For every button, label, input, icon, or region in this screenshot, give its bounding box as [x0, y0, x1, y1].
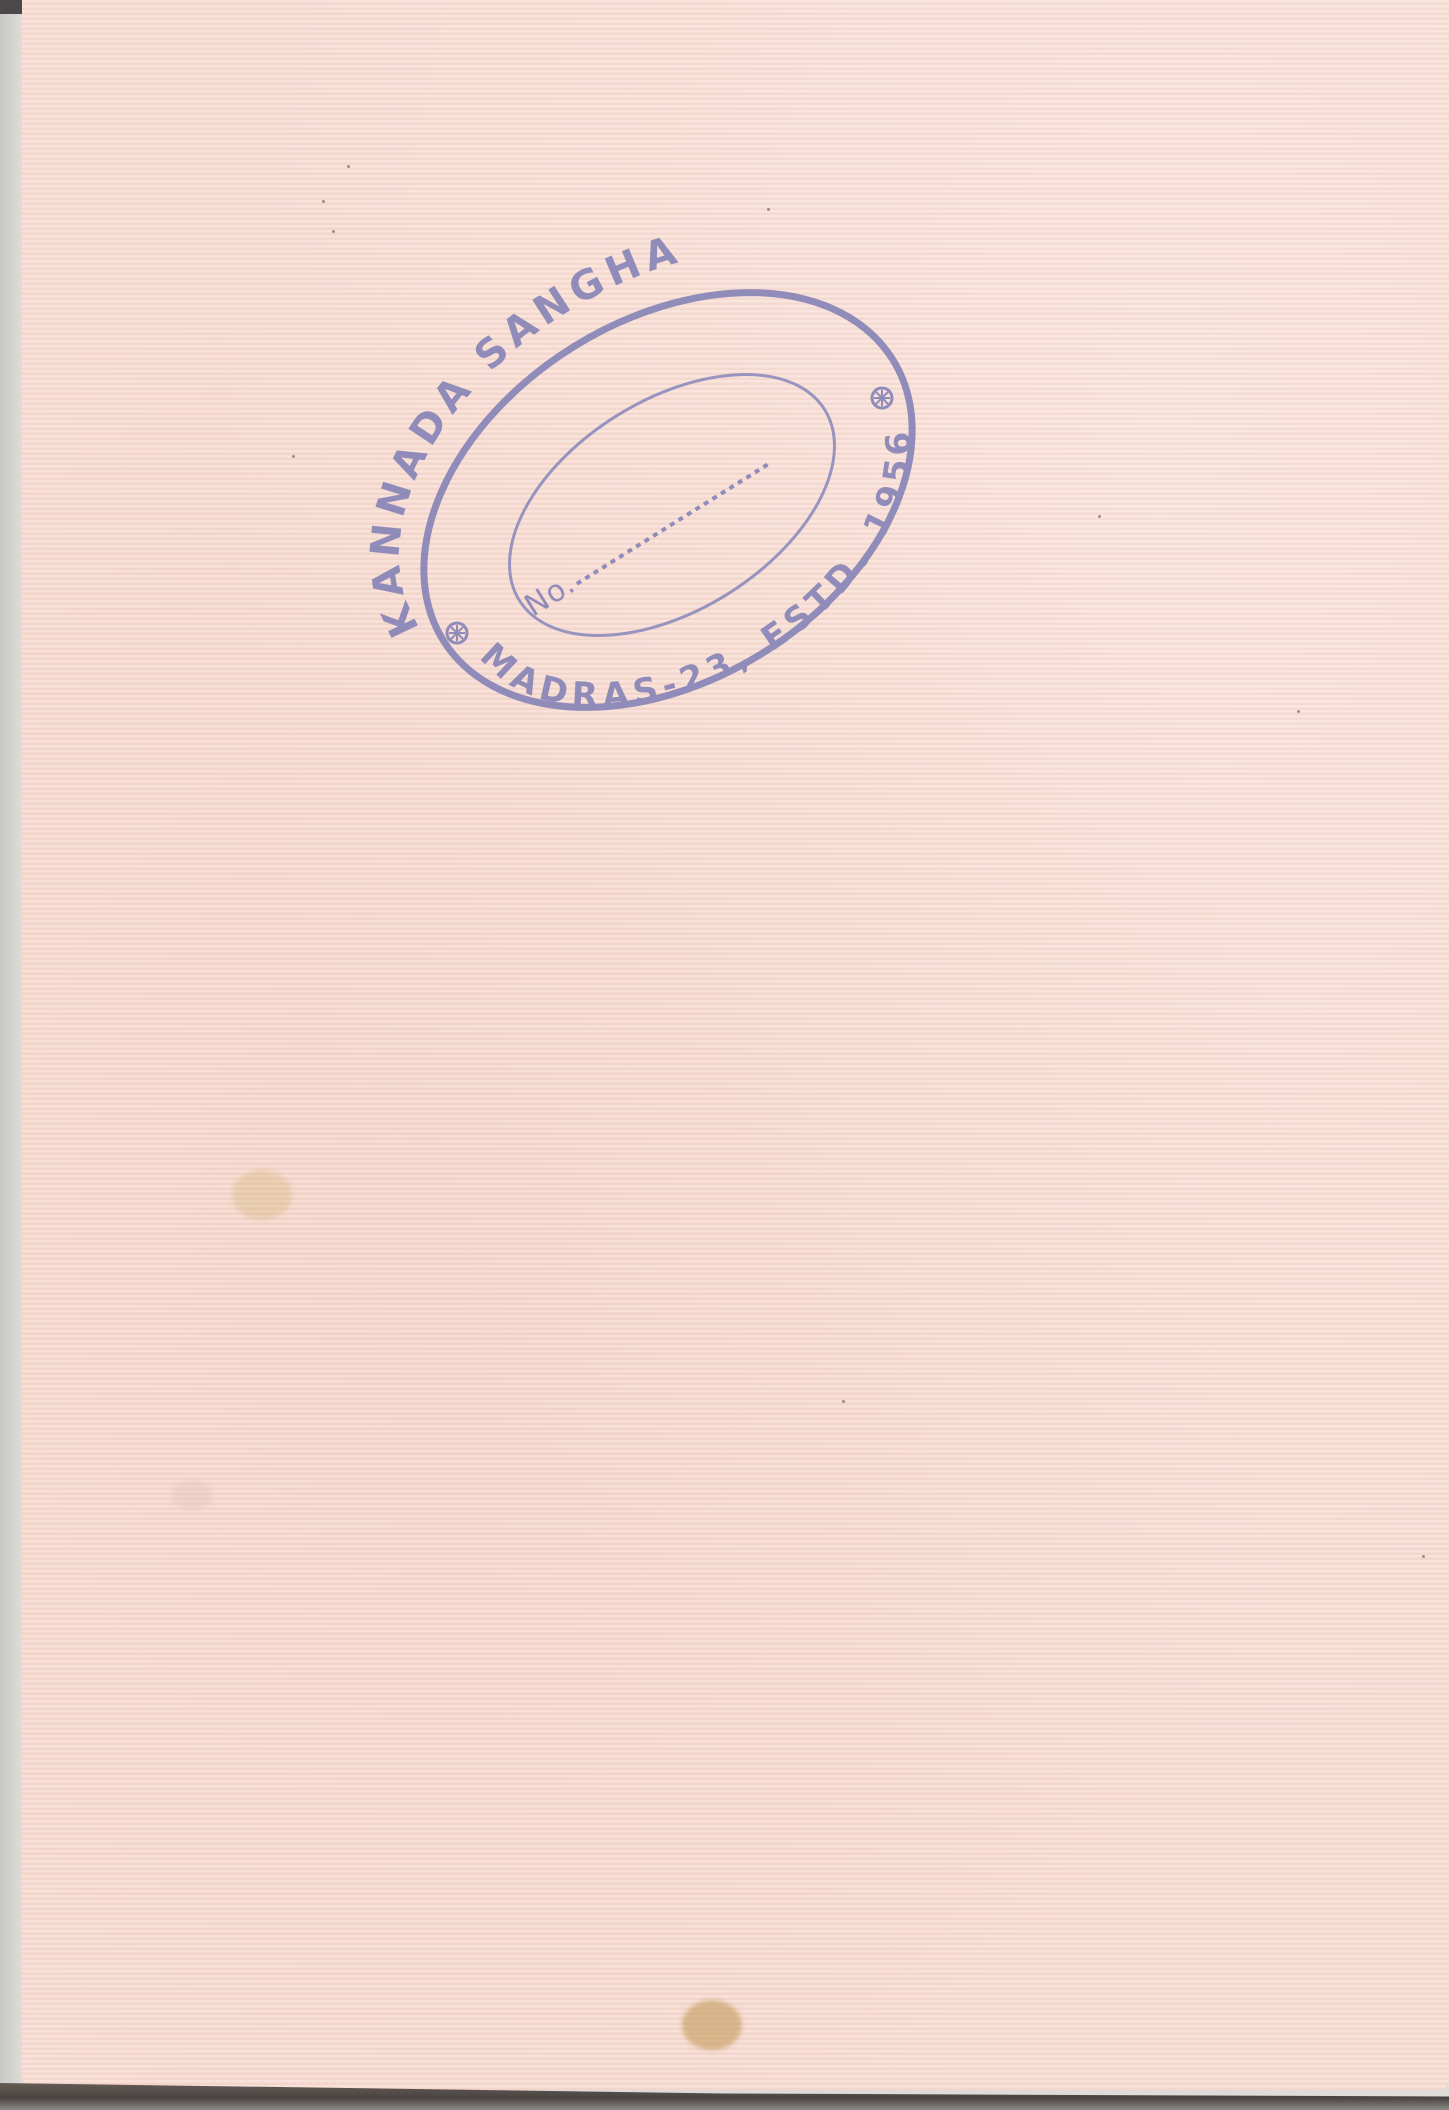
scanner-corner-shadow: [0, 0, 22, 14]
speck: [1098, 515, 1101, 518]
speck: [322, 200, 325, 203]
speck: [1297, 710, 1300, 713]
speck: [842, 1400, 845, 1403]
scanner-left-edge: [0, 0, 24, 2110]
stain-left-middle: [232, 1170, 292, 1220]
speck: [292, 455, 295, 458]
booklet-back-cover: [22, 0, 1449, 2090]
speck: [347, 165, 350, 168]
stain-bottom: [682, 2000, 742, 2050]
speck: [767, 208, 770, 211]
stain-lower-left: [172, 1480, 212, 1510]
speck: [332, 230, 335, 233]
speck: [1422, 1555, 1425, 1558]
